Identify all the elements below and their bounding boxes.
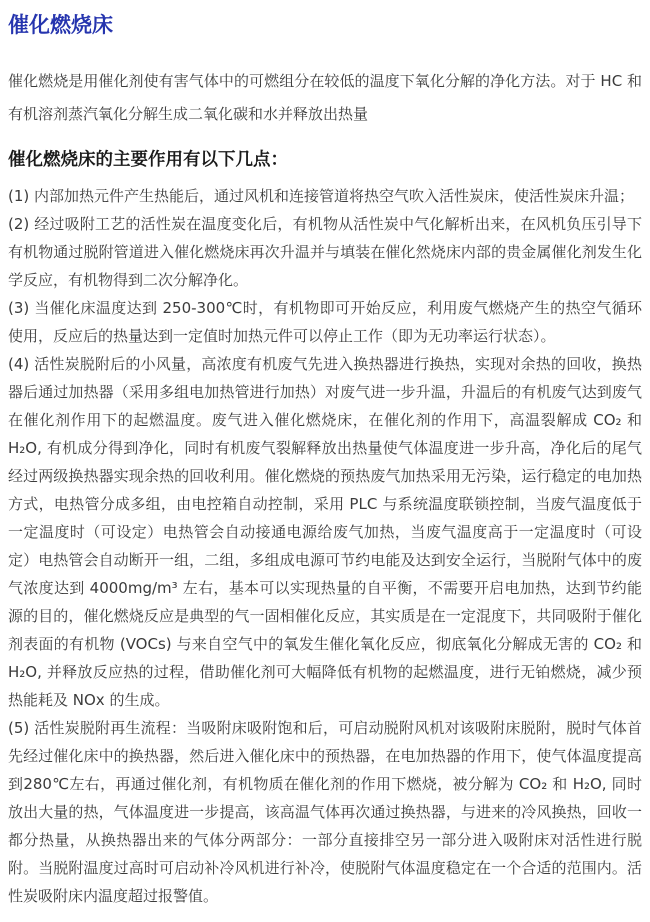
point-paragraph-4: (4) 活性炭脱附后的小风量，高浓度有机废气先进入换热器进行换热，实现对余热的回… (8, 350, 642, 714)
points-list: (1) 内部加热元件产生热能后，通过风机和连接管道将热空气吹入活性炭床，使活性炭… (8, 182, 642, 910)
point-paragraph-3: (3) 当催化床温度达到 250-300℃时，有机物即可开始反应，利用废气燃烧产… (8, 294, 642, 350)
page-title: 催化燃烧床 (8, 12, 642, 39)
point-paragraph-5: (5) 活性炭脱附再生流程：当吸附床吸附饱和后，可启动脱附风机对该吸附床脱附，脱… (8, 714, 642, 910)
point-paragraph-2: (2) 经过吸附工艺的活性炭在温度变化后，有机物从活性炭中气化解析出来，在风机负… (8, 210, 642, 294)
document-page: 催化燃烧床 催化燃烧是用催化剂使有害气体中的可燃组分在较低的温度下氧化分解的净化… (0, 0, 650, 922)
section-heading: 催化燃烧床的主要作用有以下几点： (8, 147, 642, 173)
point-paragraph-1: (1) 内部加热元件产生热能后，通过风机和连接管道将热空气吹入活性炭床，使活性炭… (8, 182, 642, 210)
intro-paragraph: 催化燃烧是用催化剂使有害气体中的可燃组分在较低的温度下氧化分解的净化方法。对于 … (8, 65, 642, 131)
